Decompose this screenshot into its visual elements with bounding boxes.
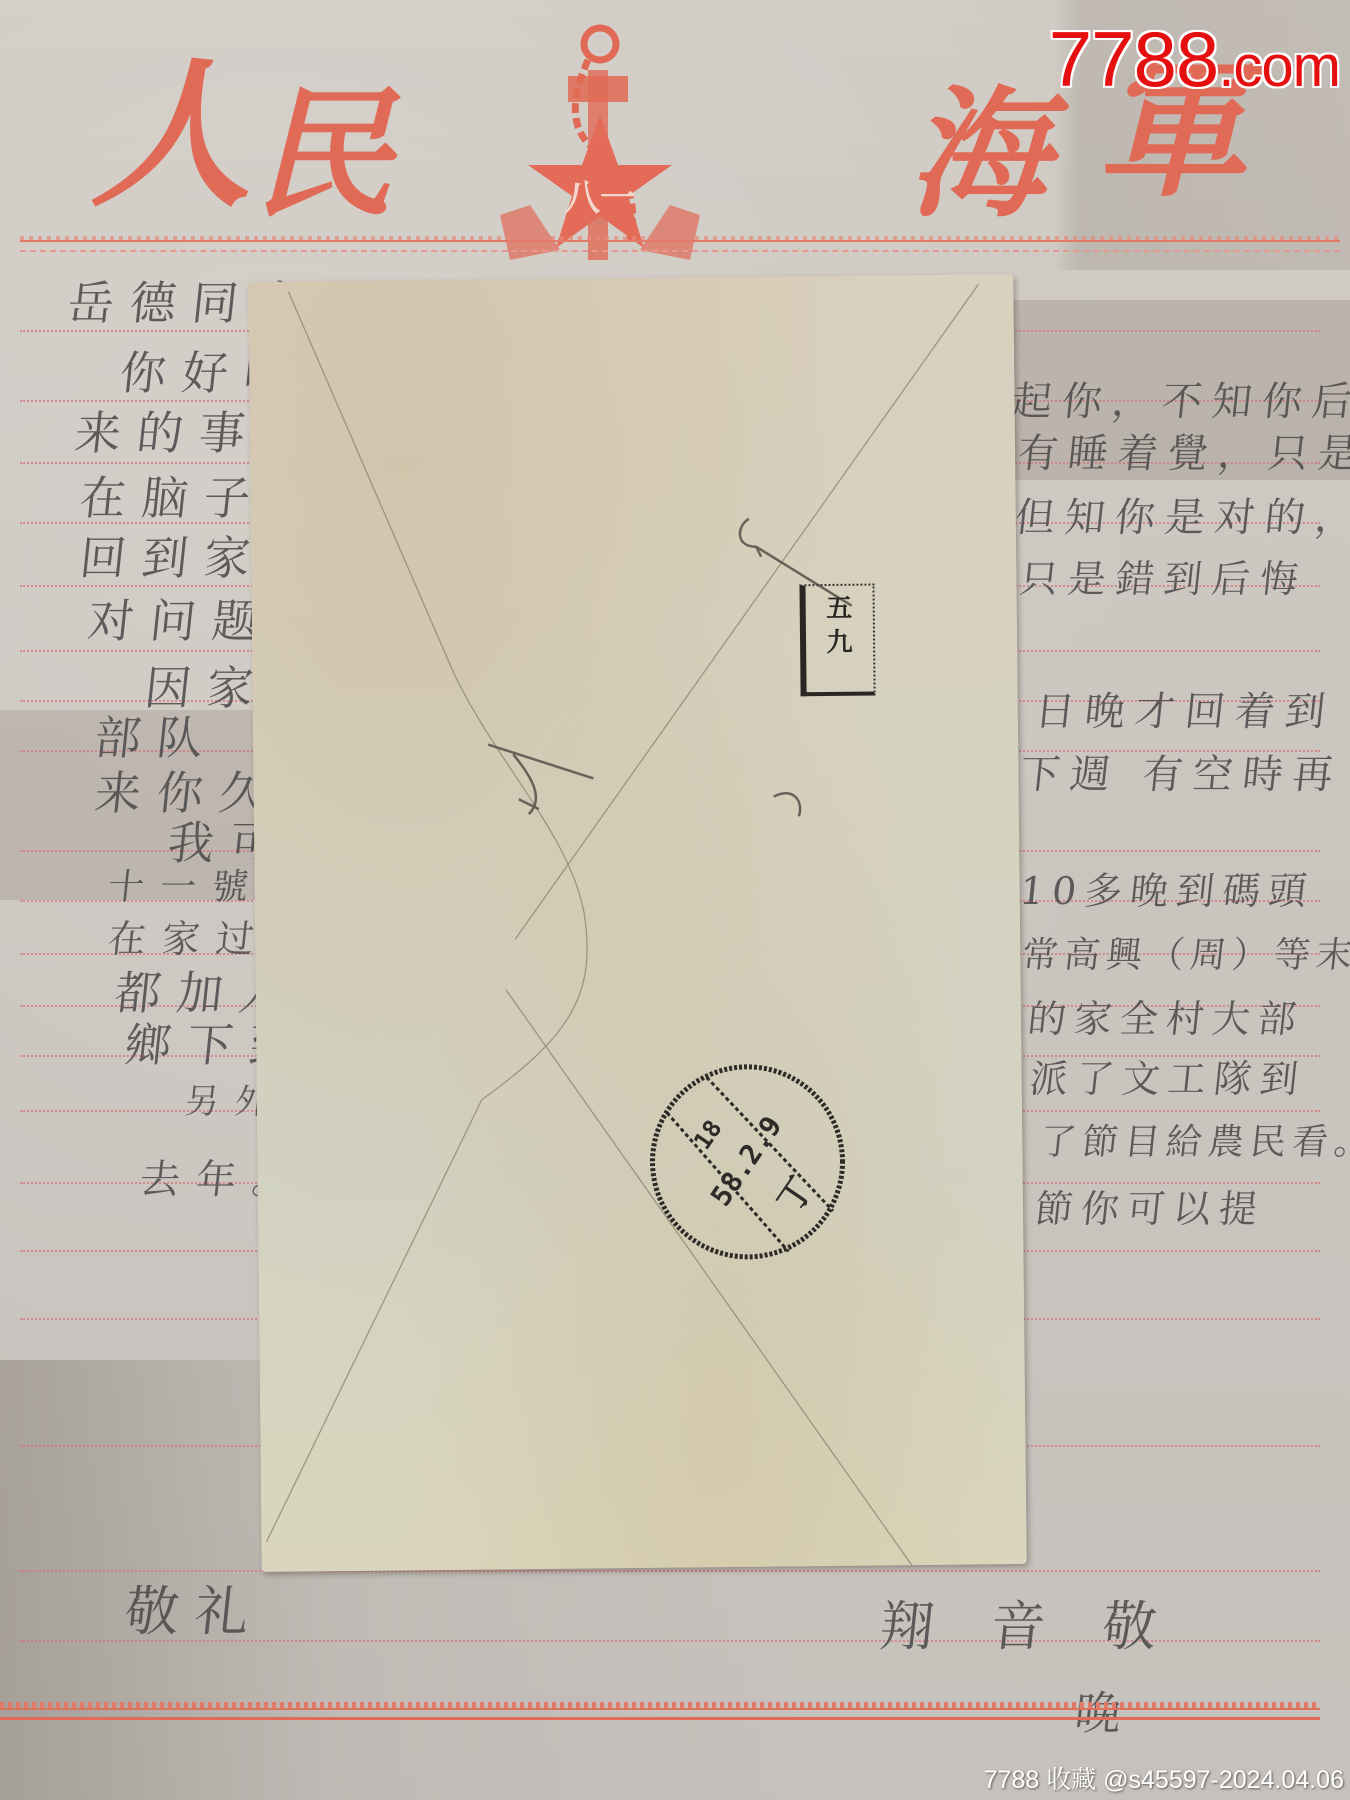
letter-line-right: 但知你是对的， <box>1013 498 1350 538</box>
letter-line-right: 有睡着覺，只是 <box>1016 434 1350 474</box>
box-cancellation-stamp: 五 九 <box>799 584 875 697</box>
svg-text:八一: 八一 <box>564 177 636 219</box>
svg-text:丁: 丁 <box>770 1170 822 1221</box>
letter-line-right: 10多晚到碼頭 <box>1018 872 1316 910</box>
envelope-flap-lines <box>248 274 1026 1572</box>
letter-line-right: 日晚才回着到 <box>1033 692 1337 732</box>
anchor-star-emblem-icon: 八一 <box>490 10 710 270</box>
round-postmark: 58.2.9 18 丁 <box>636 1051 858 1273</box>
letter-line-right: 下週 有空時再 <box>1018 755 1345 795</box>
letterhead-rule <box>20 240 1340 252</box>
letter-line-right: 常高興（周）等末 <box>1020 938 1350 974</box>
ruled-line <box>20 1570 1320 1572</box>
letter-line-right: 了節目給農民看。 <box>1038 1125 1350 1161</box>
letter-line-right: 派了文工隊到 <box>1028 1060 1308 1098</box>
letter-line-right: 的家全村大部 <box>1026 1000 1306 1038</box>
svg-text:18: 18 <box>688 1115 727 1155</box>
footer-rule <box>0 1708 1320 1720</box>
letter-signature: 翔 音 敬 <box>877 1600 1179 1654</box>
letter-line-left: 十一號 <box>106 870 266 906</box>
letter-line-right: 起你，不知你后 <box>1010 382 1350 422</box>
letter-closing: 敬礼 <box>122 1585 268 1639</box>
letter-line-left: 对问题 <box>86 598 277 644</box>
envelope-back: 五 九 58.2.9 18 丁 <box>248 274 1026 1572</box>
site-watermark-logo: 7788.com <box>1049 14 1340 105</box>
site-watermark-footer: 7788 收藏 @s45597-2024.04.06 <box>984 1760 1344 1796</box>
letter-line-right: 只是錯到后悔 <box>1018 560 1310 598</box>
letter-line-left: 部队 <box>93 715 222 761</box>
letter-line-right: 節你可以提 <box>1033 1190 1267 1228</box>
